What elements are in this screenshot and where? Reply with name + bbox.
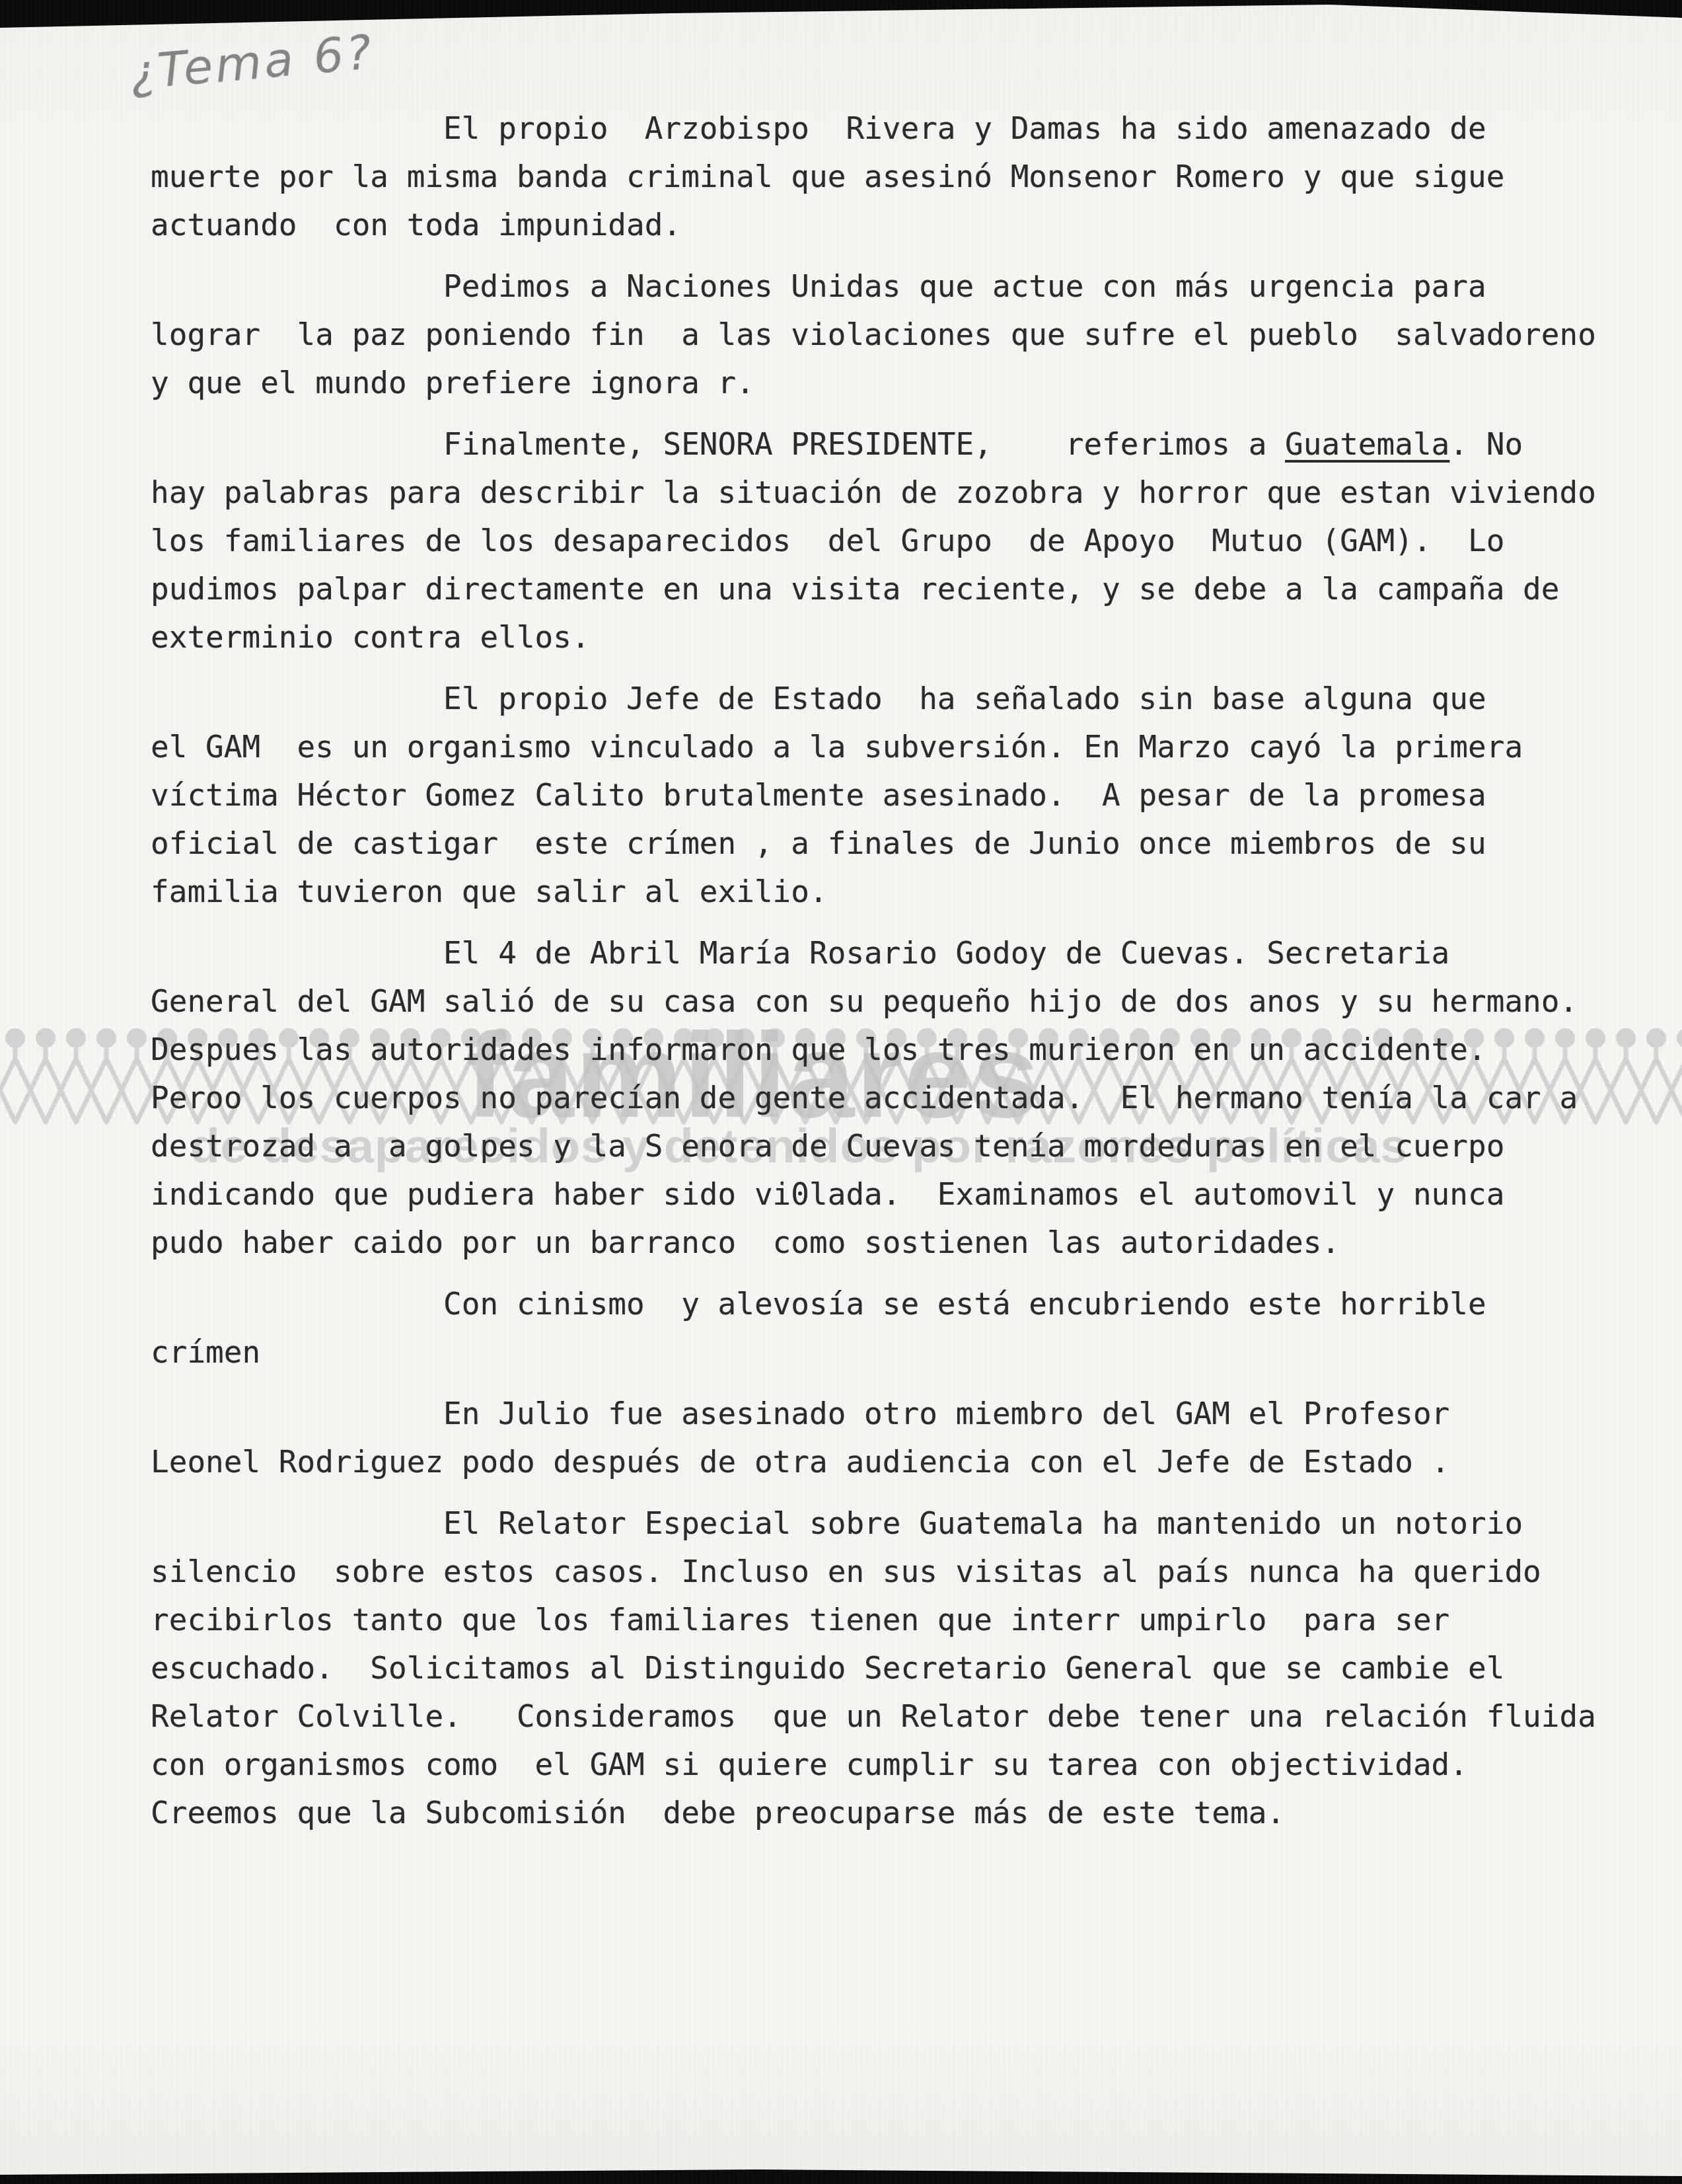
scan-edge-top [0, 0, 1682, 30]
paragraph: En Julio fue asesinado otro miembro del … [151, 1390, 1644, 1486]
typewritten-line: actuando con toda impunidad. [151, 201, 1644, 249]
scan-edge-bottom [0, 2167, 1682, 2184]
typewritten-line: El propio Jefe de Estado ha señalado sin… [151, 675, 1644, 723]
typewritten-line: oficial de castigar este crímen , a fina… [151, 819, 1644, 868]
underlined-word: Guatemala [1285, 426, 1449, 462]
paragraph: Con cinismo y alevosía se está encubrien… [151, 1280, 1644, 1376]
typewritten-line: Con cinismo y alevosía se está encubrien… [151, 1280, 1644, 1328]
line-text: Finalmente, SENORA PRESIDENTE, referimos… [151, 426, 1285, 462]
typewritten-line: crímen [151, 1328, 1644, 1376]
typewritten-line: con organismos como el GAM si quiere cum… [151, 1741, 1644, 1789]
typewritten-line: y que el mundo prefiere ignora r. [151, 359, 1644, 407]
paragraph: El propio Arzobispo Rivera y Damas ha si… [151, 104, 1644, 249]
typewritten-line: pudo haber caido por un barranco como so… [151, 1219, 1644, 1267]
typewritten-line: El propio Arzobispo Rivera y Damas ha si… [151, 104, 1644, 153]
typewritten-line: Finalmente, SENORA PRESIDENTE, referimos… [151, 420, 1644, 469]
paragraph: El Relator Especial sobre Guatemala ha m… [151, 1499, 1644, 1837]
typewritten-line: muerte por la misma banda criminal que a… [151, 153, 1644, 201]
typewritten-line: los familiares de los desaparecidos del … [151, 517, 1644, 565]
typewritten-line: Leonel Rodriguez podo después de otra au… [151, 1438, 1644, 1486]
paragraph: El propio Jefe de Estado ha señalado sin… [151, 675, 1644, 916]
typewritten-line: El Relator Especial sobre Guatemala ha m… [151, 1499, 1644, 1548]
typewritten-line: recibirlos tanto que los familiares tien… [151, 1596, 1644, 1644]
typewritten-line: Creemos que la Subcomisión debe preocupa… [151, 1789, 1644, 1837]
paragraph: Finalmente, SENORA PRESIDENTE, referimos… [151, 420, 1644, 661]
paragraph: El 4 de Abril María Rosario Godoy de Cue… [151, 929, 1644, 1267]
typewritten-line: escuchado. Solicitamos al Distinguido Se… [151, 1644, 1644, 1692]
paragraph: Pedimos a Naciones Unidas que actue con … [151, 262, 1644, 407]
typewritten-line: El 4 de Abril María Rosario Godoy de Cue… [151, 929, 1644, 977]
typewritten-line: exterminio contra ellos. [151, 613, 1644, 661]
typewritten-line: pudimos palpar directamente en una visit… [151, 565, 1644, 613]
typewritten-line: Peroo los cuerpos no parecían de gente a… [151, 1074, 1644, 1122]
typewritten-line: el GAM es un organismo vinculado a la su… [151, 723, 1644, 771]
typewritten-line: hay palabras para describir la situación… [151, 469, 1644, 517]
typewritten-line: Relator Colville. Consideramos que un Re… [151, 1692, 1644, 1741]
handwritten-annotation: ¿Tema 6? [128, 24, 377, 100]
typewritten-line: General del GAM salió de su casa con su … [151, 977, 1644, 1026]
typewritten-line: En Julio fue asesinado otro miembro del … [151, 1390, 1644, 1438]
typewritten-line: familia tuvieron que salir al exilio. [151, 868, 1644, 916]
document-body: El propio Arzobispo Rivera y Damas ha si… [151, 104, 1644, 1850]
line-text: . No [1449, 426, 1523, 462]
typewritten-line: indicando que pudiera haber sido vi0lada… [151, 1170, 1644, 1219]
scanned-document-page: ¿Tema 6? familiares de desaparecidos y d… [0, 0, 1682, 2184]
typewritten-line: víctima Héctor Gomez Calito brutalmente … [151, 771, 1644, 819]
typewritten-line: Pedimos a Naciones Unidas que actue con … [151, 262, 1644, 311]
typewritten-line: silencio sobre estos casos. Incluso en s… [151, 1548, 1644, 1596]
typewritten-line: Despues las autoridades informaron que l… [151, 1026, 1644, 1074]
typewritten-line: lograr la paz poniendo fin a las violaci… [151, 311, 1644, 359]
typewritten-line: destrozad a a golpes y la S enora de Cue… [151, 1122, 1644, 1170]
